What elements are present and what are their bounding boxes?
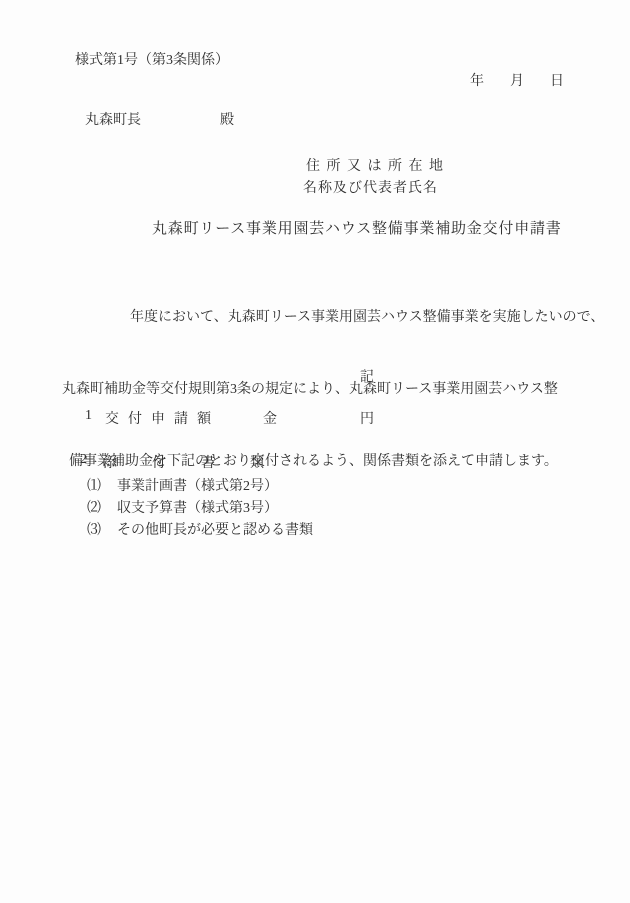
addressee-title: 丸森町長 — [85, 109, 141, 129]
form-number: 様式第1号（第3条関係） — [75, 49, 229, 69]
applicant-name-label: 名称及び代表者氏名 — [303, 177, 438, 197]
item2-label-attached-documents: 添付書類 — [103, 452, 299, 472]
note-heading: 記 — [360, 366, 374, 386]
day-label: 日 — [550, 70, 564, 90]
applicant-address-label: 住所又は所在地 — [306, 155, 450, 175]
item1-label-grant-application-amount: 交付申請額 — [105, 408, 220, 428]
attachment-number: ⑴ — [87, 475, 101, 495]
year-label: 年 — [470, 70, 484, 90]
document-title: 丸森町リース事業用園芸ハウス整備事業補助金交付申請書 — [152, 217, 562, 238]
honorific-label: 殿 — [220, 109, 234, 129]
attachment-text: 事業計画書（様式第2号） — [117, 475, 278, 495]
body-line: 年度において、丸森町リース事業用園芸ハウス整備事業を実施したいので、 — [62, 306, 574, 330]
item1-currency-unit: 円 — [360, 408, 374, 428]
month-label: 月 — [510, 70, 524, 90]
document-page: 様式第1号（第3条関係） 年 月 日 丸森町長 殿 住所又は所在地 名称及び代表… — [0, 0, 630, 903]
body-line: 丸森町補助金等交付規則第3条の規定により、丸森町リース事業用園芸ハウス整 — [62, 378, 574, 402]
attachment-number: ⑵ — [87, 497, 101, 517]
item1-currency-prefix: 金 — [263, 408, 277, 428]
item2-number: 2 — [80, 452, 87, 468]
attachment-text: 収支予算書（様式第3号） — [117, 497, 278, 517]
attachment-text: その他町長が必要と認める書類 — [117, 519, 313, 539]
attachment-number: ⑶ — [87, 519, 101, 539]
date-line: 年 月 日 — [470, 70, 564, 90]
item1-number: 1 — [85, 408, 92, 424]
